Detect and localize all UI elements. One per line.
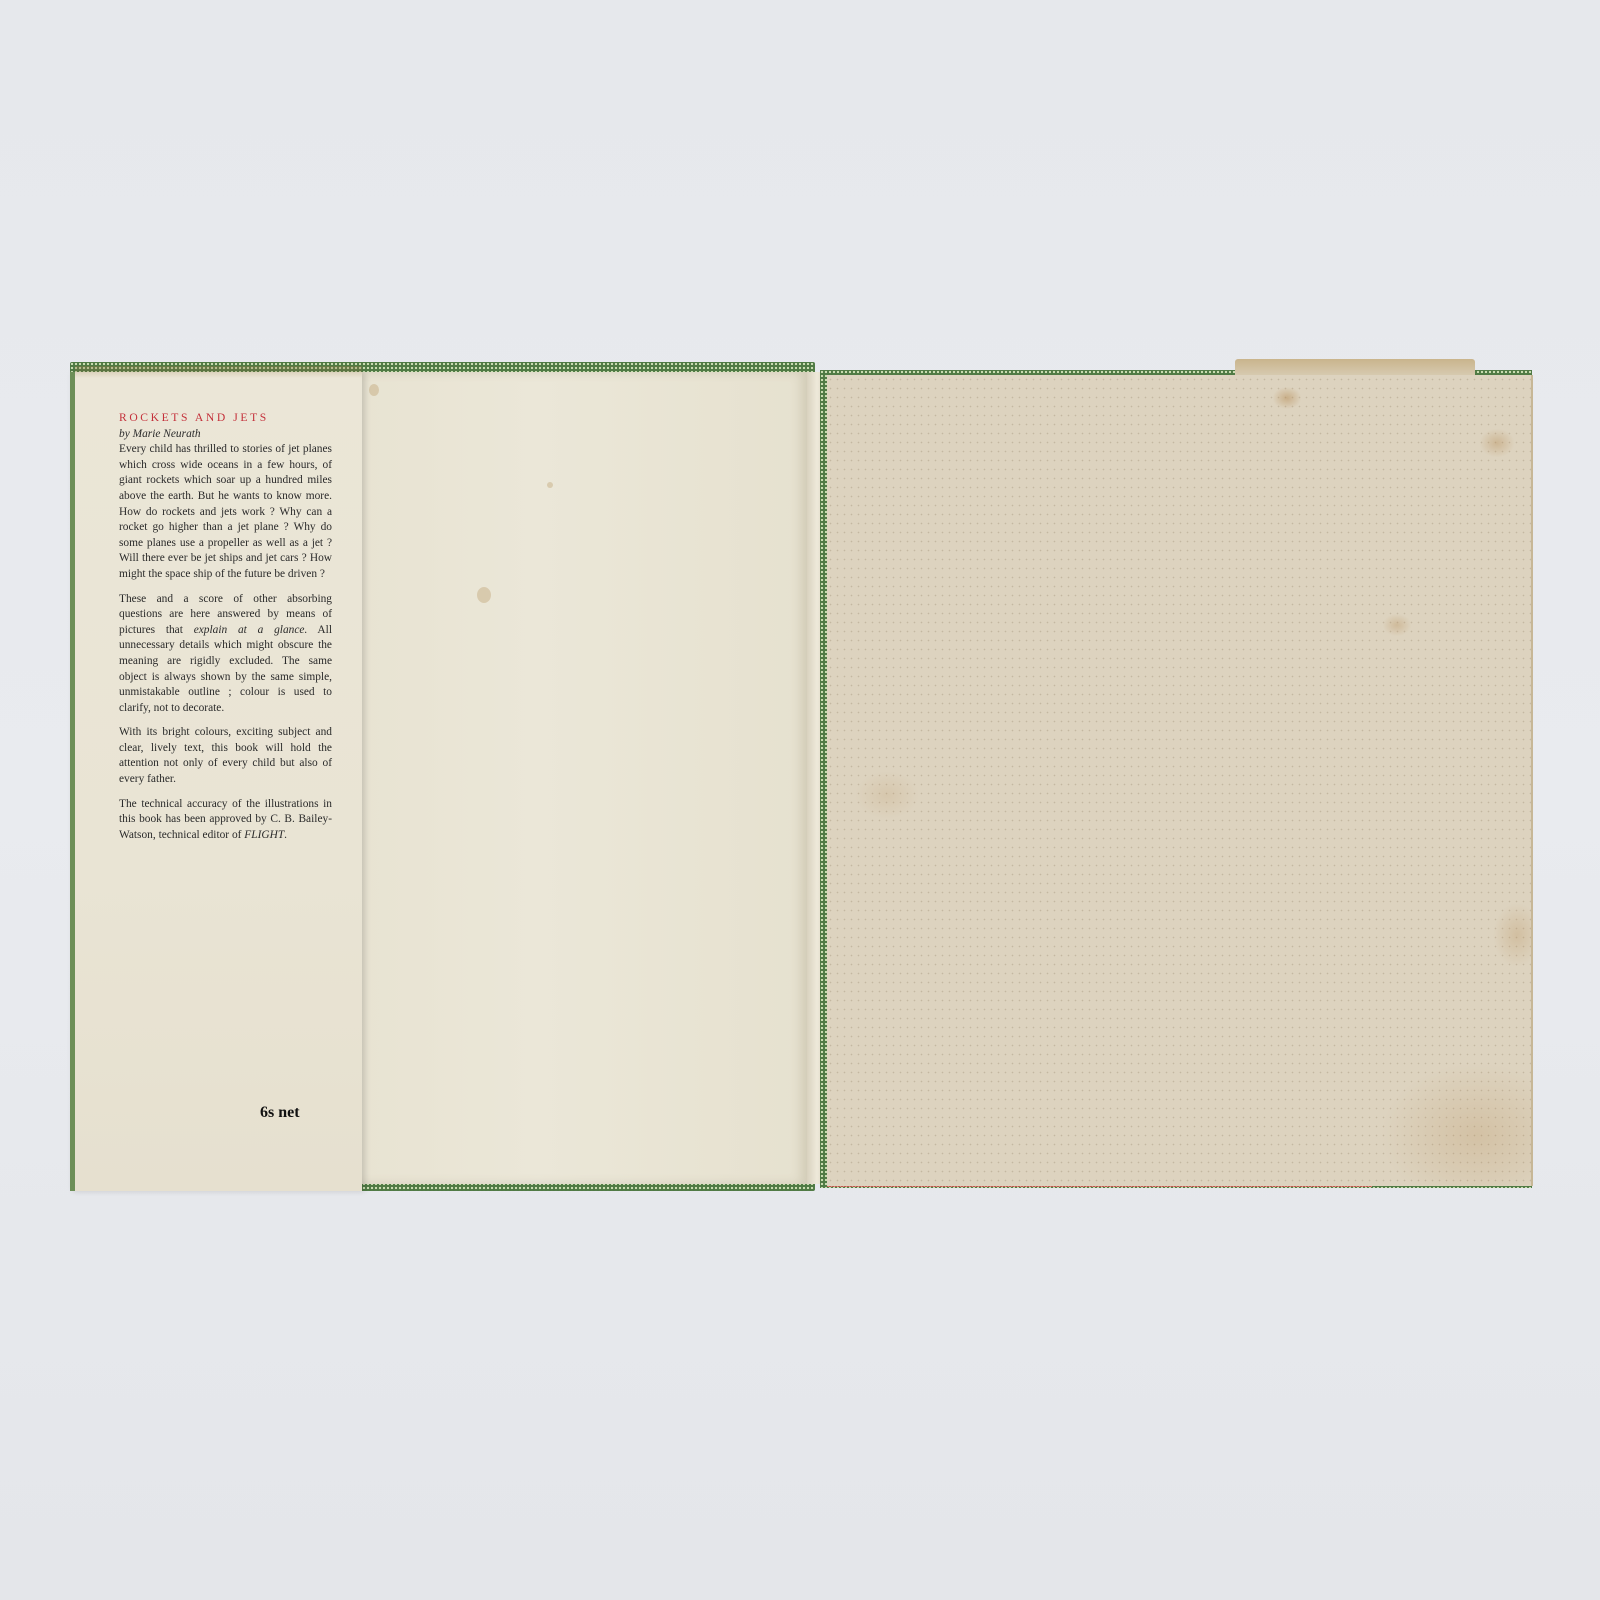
text: All unnecessary details which might obsc… bbox=[119, 624, 332, 714]
dust-jacket-flap: ROCKETS AND JETS by Marie Neurath Every … bbox=[70, 372, 362, 1191]
blurb-paragraph-1: Every child has thrilled to stories of j… bbox=[119, 442, 332, 582]
foxing-stain bbox=[547, 482, 553, 488]
italic-text: explain at a glance. bbox=[194, 624, 308, 636]
foxing-stain bbox=[369, 384, 379, 396]
blurb-paragraph-4: The technical accuracy of the illustrati… bbox=[119, 797, 332, 844]
right-endpaper-foxed bbox=[827, 375, 1533, 1186]
text: The technical accuracy of the illustrati… bbox=[119, 798, 332, 841]
book-title: ROCKETS AND JETS bbox=[119, 410, 332, 426]
blurb-paragraph-2: These and a score of other absorbing que… bbox=[119, 592, 332, 717]
book-author: by Marie Neurath bbox=[119, 427, 332, 443]
foxing-stain bbox=[477, 587, 491, 603]
flap-blurb: ROCKETS AND JETS by Marie Neurath Every … bbox=[119, 410, 332, 852]
text: . bbox=[284, 829, 287, 841]
italic-text: FLIGHT bbox=[244, 829, 284, 841]
blurb-paragraph-3: With its bright colours, exciting subjec… bbox=[119, 725, 332, 787]
price-label: 6s net bbox=[260, 1104, 300, 1122]
left-endpaper bbox=[357, 372, 807, 1184]
